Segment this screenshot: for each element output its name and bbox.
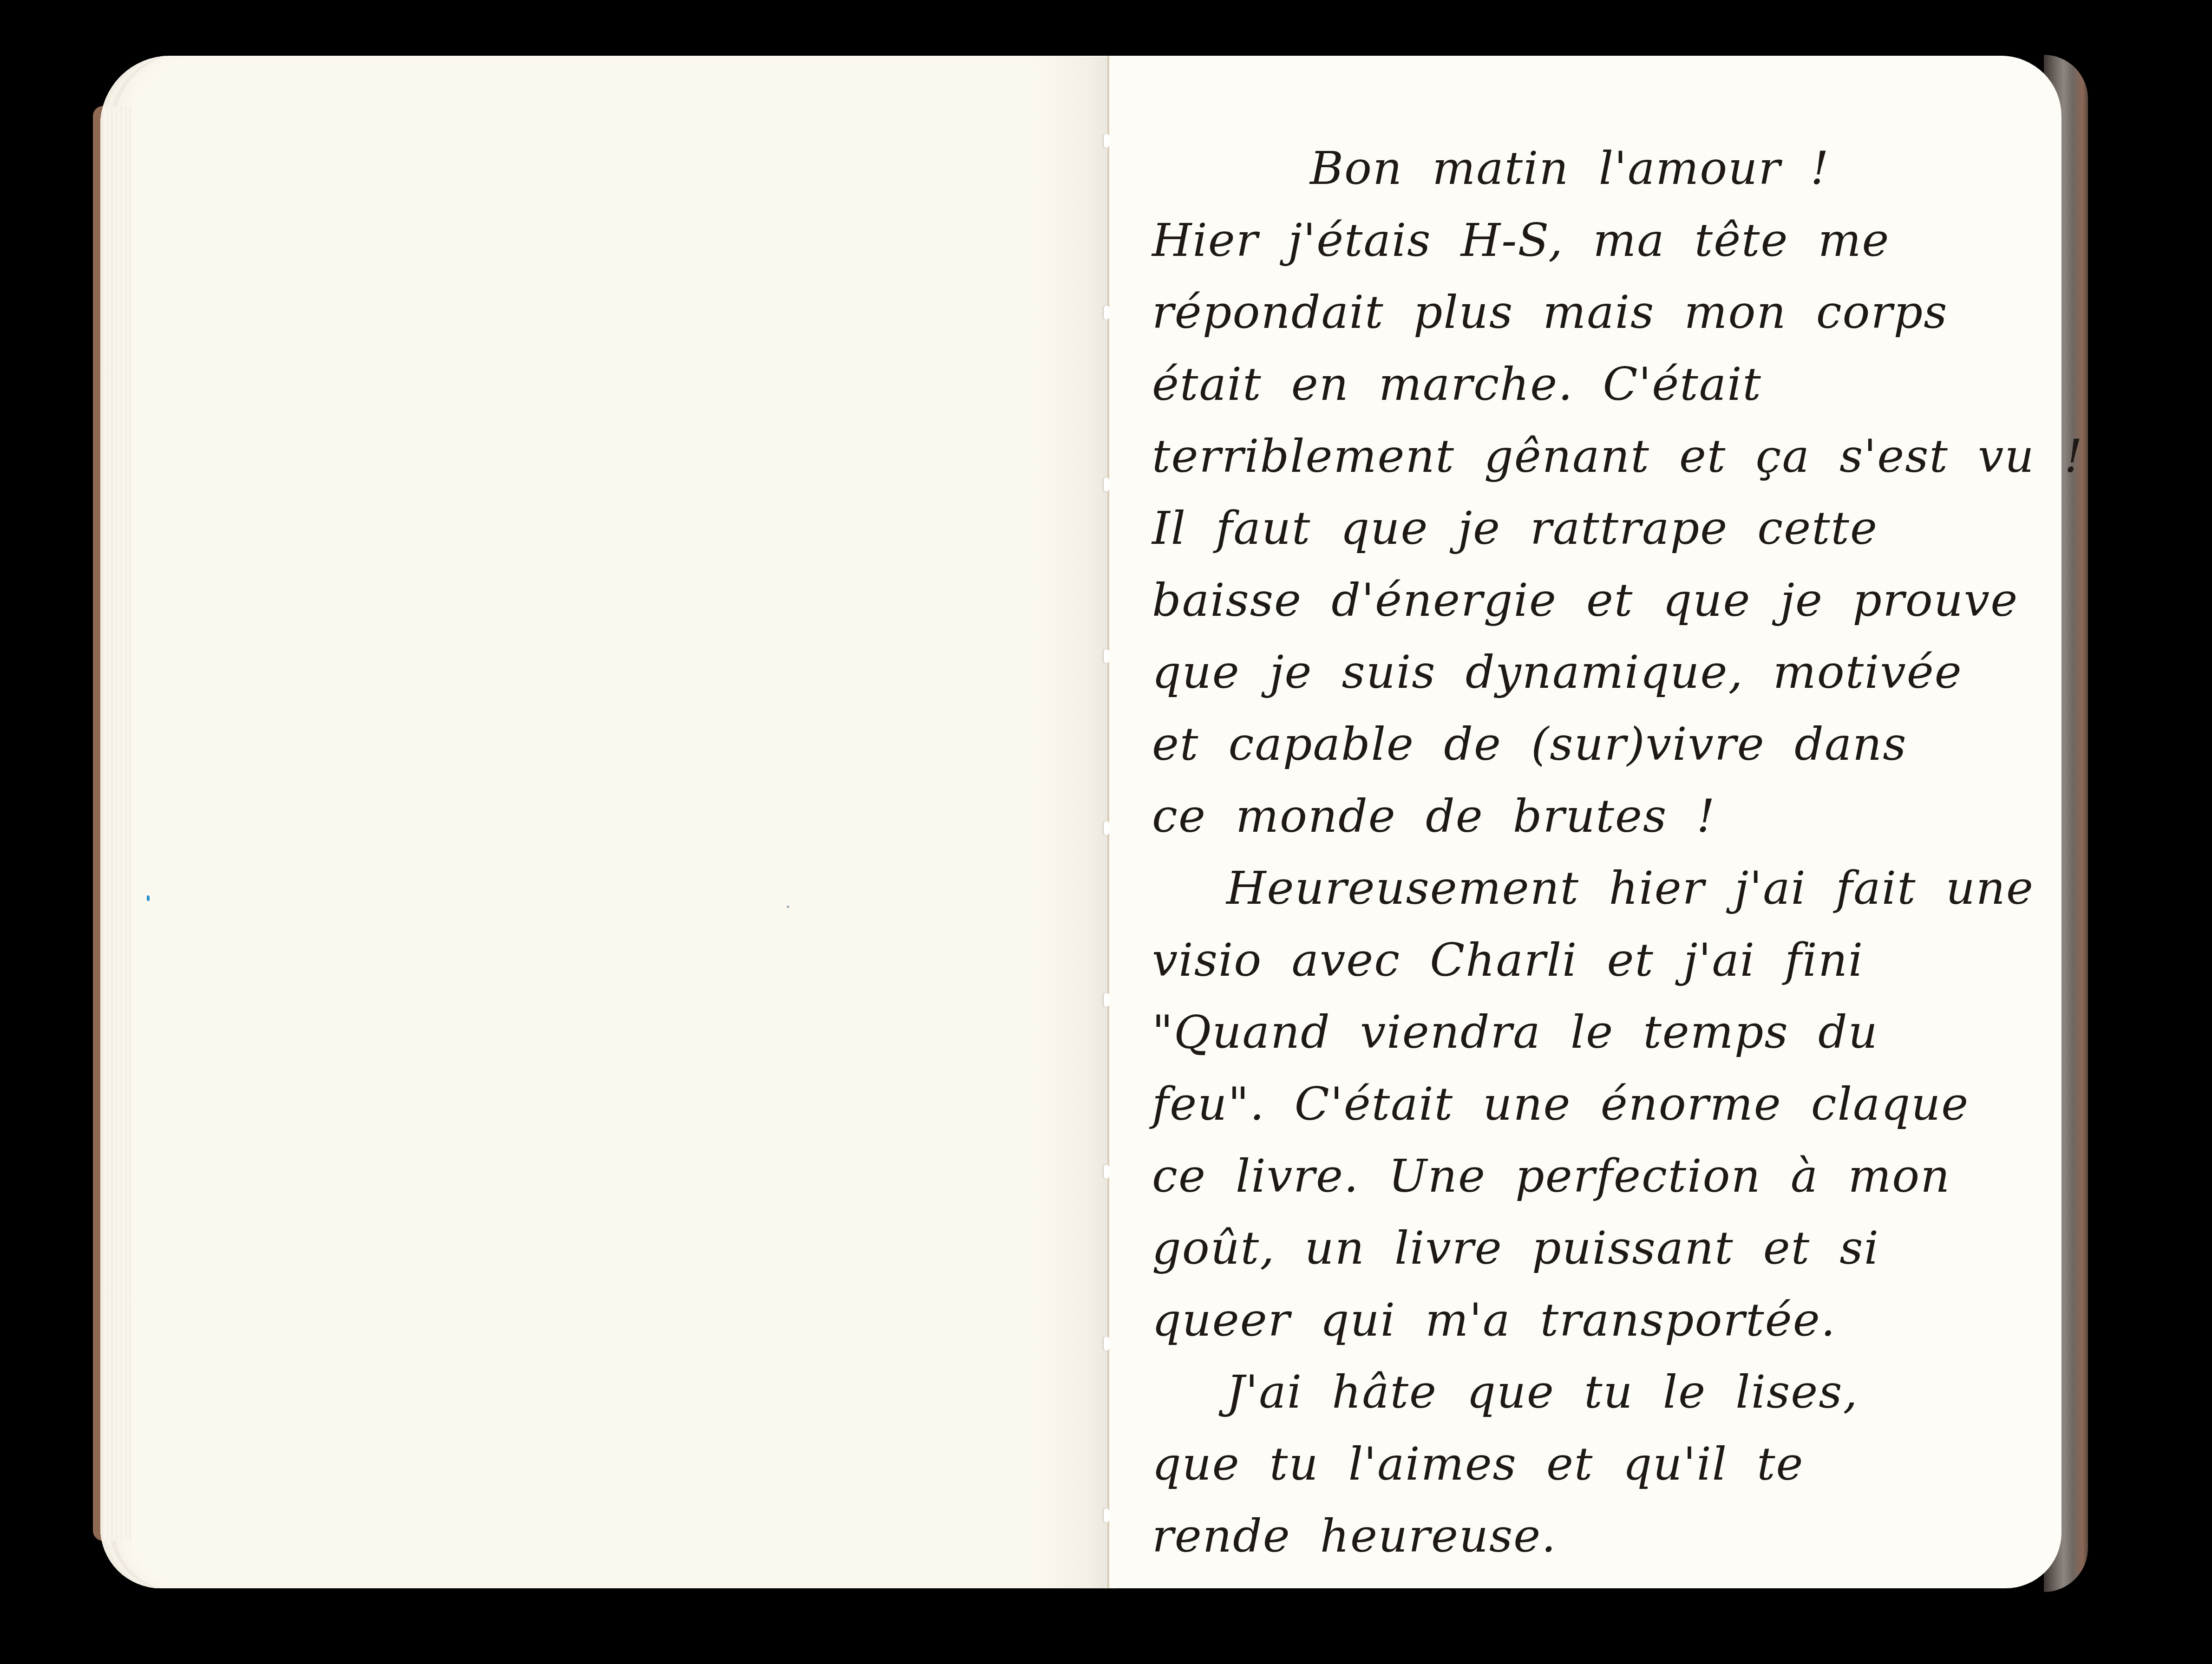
letter-line: visio avec Charli et j'ai fini bbox=[1152, 925, 2062, 997]
stitch-hole bbox=[1104, 1337, 1109, 1351]
stitch-hole bbox=[1104, 649, 1109, 663]
letter-line: queer qui m'a transportée. bbox=[1152, 1285, 2062, 1357]
letter-line: feu". C'était une énorme claque bbox=[1152, 1069, 2062, 1141]
letter-line: goût, un livre puissant et si bbox=[1152, 1213, 2062, 1285]
letter-line: Hier j'étais H-S, ma tête me bbox=[1152, 205, 2062, 277]
letter-line: répondait plus mais mon corps bbox=[1152, 277, 2062, 349]
stitch-hole bbox=[1104, 306, 1109, 320]
stitch-hole bbox=[1104, 1508, 1109, 1522]
letter-line: ce monde de brutes ! bbox=[1152, 781, 2062, 853]
grey-speck bbox=[787, 906, 789, 908]
letter-line: était en marche. C'était bbox=[1152, 349, 2062, 421]
letter-greeting: Bon matin l'amour ! bbox=[1152, 133, 2062, 205]
letter-line: et capable de (sur)vivre dans bbox=[1152, 709, 2062, 781]
letter-line: Il faut que je rattrape cette bbox=[1152, 493, 2062, 565]
left-page-stack bbox=[103, 106, 131, 1541]
letter-line: ce livre. Une perfection à mon bbox=[1152, 1141, 2062, 1213]
stitch-hole bbox=[1104, 134, 1109, 148]
letter-line: que tu l'aimes et qu'il te bbox=[1152, 1429, 2062, 1501]
left-page bbox=[100, 56, 1108, 1588]
letter-line: "Quand viendra le temps du bbox=[1152, 997, 2062, 1069]
stitch-hole bbox=[1104, 821, 1109, 835]
letter-line: baisse d'énergie et que je prouve bbox=[1152, 565, 2062, 637]
gutter-shadow bbox=[1029, 57, 1116, 1589]
blue-ink-dot bbox=[147, 895, 150, 901]
letter-line: que je suis dynamique, motivée bbox=[1152, 637, 2062, 709]
letter-paragraph-start: J'ai hâte que tu le lises, bbox=[1152, 1357, 2062, 1429]
letter-line: terriblement gênant et ça s'est vu ! bbox=[1152, 421, 2062, 493]
letter-paragraph-start: Heureusement hier j'ai fait une bbox=[1152, 853, 2062, 925]
handwritten-letter: Bon matin l'amour ! Hier j'étais H-S, ma… bbox=[1152, 133, 2062, 1573]
notebook-spread: Bon matin l'amour ! Hier j'étais H-S, ma… bbox=[93, 55, 2088, 1592]
stitch-hole bbox=[1104, 1165, 1109, 1179]
letter-closing: rende heureuse. bbox=[1152, 1501, 2062, 1573]
stitch-hole bbox=[1104, 477, 1109, 491]
stitch-hole bbox=[1104, 993, 1109, 1007]
